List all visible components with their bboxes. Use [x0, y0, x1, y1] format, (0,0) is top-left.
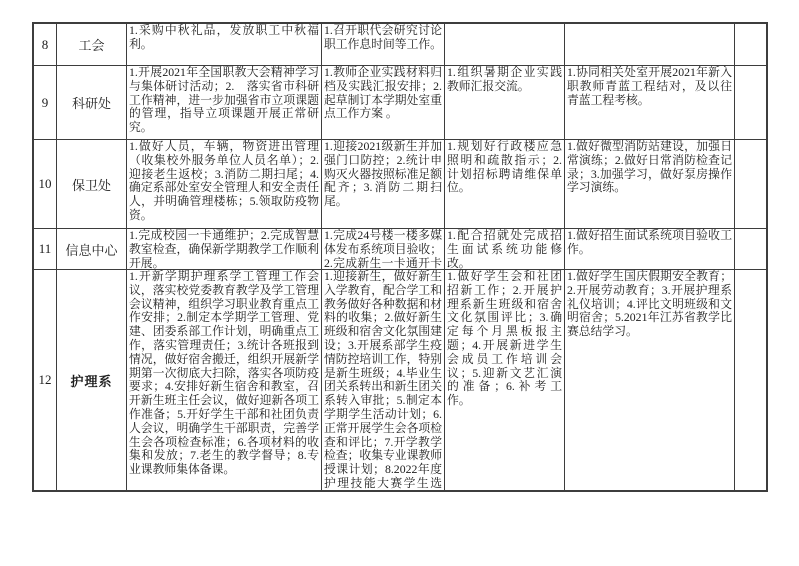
remarks-cell [734, 24, 766, 65]
tasks-col1-cell: 1.完成校园一卡通维护；2.完成智慧教室检查，确保新学期教学工作顺利开展。 [126, 229, 321, 269]
department-cell: 科研处 [56, 66, 126, 139]
row-number-cell: 9 [34, 66, 56, 139]
tasks-col2-cell: 1.教师企业实践材料归档及实践汇报安排；2.起草制订本学期处室重点工作方案 。 [321, 66, 444, 139]
tasks-col1-cell: 1.做好人员，车辆，物资进出管理（收集校外服务单位人员名单）；2.迎接老生返校；… [126, 140, 321, 228]
work-plan-table: 8 工会 1.采购中秋礼品，发放职工中秋福利。 1.召开职代会研究讨论职工作息时… [32, 22, 768, 492]
remarks-cell [734, 270, 766, 490]
remarks-cell [734, 229, 766, 269]
tasks-col4-cell: 1.协同相关处室开展2021年新入职教师青蓝工程结对，及以往青蓝工程考核。 [564, 66, 734, 139]
tasks-col4-cell: 1.做好微型消防站建设，加强日常演练；2.做好日常消防检查记录；3.加强学习，做… [564, 140, 734, 228]
tasks-col2-cell: 1.完成24号楼一楼多媒体发布系统项目验收；2.完成新生一卡通开卡工作。 [321, 229, 444, 269]
row-number-cell: 10 [34, 140, 56, 228]
table-row: 9 科研处 1.开展2021年全国职教大会精神学习与集体研讨活动；2. 落实省市… [34, 65, 766, 139]
tasks-col3-cell [444, 24, 564, 65]
row-number-cell: 12 [34, 270, 56, 490]
tasks-col4-cell: 1.做好招生面试系统项目验收工作。 [564, 229, 734, 269]
table-row: 10 保卫处 1.做好人员，车辆，物资进出管理（收集校外服务单位人员名单）；2.… [34, 139, 766, 228]
remarks-cell [734, 140, 766, 228]
table-row: 11 信息中心 1.完成校园一卡通维护；2.完成智慧教室检查，确保新学期教学工作… [34, 228, 766, 269]
table-row: 12 护理系 1.开新学期护理系学工管理工作会议，落实校党委教育教学及学工管理会… [34, 269, 766, 490]
tasks-col2-cell: 1.召开职代会研究讨论职工作息时间等工作。 [321, 24, 444, 65]
tasks-col3-cell: 1.规划好行政楼应急照明和疏散指示；2.计划招标聘请维保单位。 [444, 140, 564, 228]
row-number-cell: 8 [34, 24, 56, 65]
remarks-cell [734, 66, 766, 139]
tasks-col4-cell [564, 24, 734, 65]
tasks-col3-cell: 1.组织暑期企业实践教师汇报交流。 [444, 66, 564, 139]
tasks-col1-cell: 1.开新学期护理系学工管理工作会议，落实校党委教育教学及学工管理会议精神，组织学… [126, 270, 321, 490]
table-row: 8 工会 1.采购中秋礼品，发放职工中秋福利。 1.召开职代会研究讨论职工作息时… [34, 24, 766, 65]
department-cell: 工会 [56, 24, 126, 65]
row-number-cell: 11 [34, 229, 56, 269]
department-cell: 护理系 [56, 270, 126, 490]
tasks-col3-cell: 1.配合招就处完成招生面试系统功能修改。 [444, 229, 564, 269]
tasks-col2-cell: 1.迎接2021级新生并加强门口防控；2.统计申购灭火器按照标准足额配齐；3.消… [321, 140, 444, 228]
department-cell: 信息中心 [56, 229, 126, 269]
department-cell: 保卫处 [56, 140, 126, 228]
tasks-col3-cell: 1.做好学生会和社团招新工作；2.开展护理系新生班级和宿舍文化氛围评比；3.确定… [444, 270, 564, 490]
tasks-col4-cell: 1.做好学生国庆假期安全教育；2.开展劳动教育；3.开展护理系礼仪培训；4.评比… [564, 270, 734, 490]
tasks-col1-cell: 1.采购中秋礼品，发放职工中秋福利。 [126, 24, 321, 65]
tasks-col2-cell: 1.迎接新生，做好新生入学教育，配合学工和教务做好各种数据和材料的收集；2.做好… [321, 270, 444, 490]
tasks-col1-cell: 1.开展2021年全国职教大会精神学习与集体研讨活动；2. 落实省市科研工作精神… [126, 66, 321, 139]
